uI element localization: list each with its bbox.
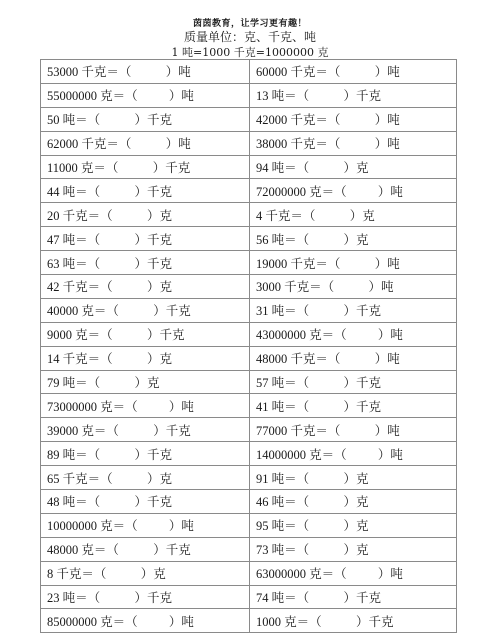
exercise-row: 42 千克＝（ ）克3000 千克＝（ ）吨 <box>41 275 457 299</box>
exercise-row: 89 吨＝（ ）千克14000000 克＝（ ）吨 <box>41 442 457 466</box>
exercise-right[interactable]: 73 吨＝（ ）克 <box>250 537 457 561</box>
exercise-row: 48 吨＝（ ）千克46 吨＝（ ）克 <box>41 490 457 514</box>
exercise-row: 50 吨＝（ ）千克42000 千克＝（ ）吨 <box>41 107 457 131</box>
exercise-row: 14 千克＝（ ）克48000 千克＝（ ）吨 <box>41 346 457 370</box>
exercise-row: 63 吨＝（ ）千克19000 千克＝（ ）吨 <box>41 251 457 275</box>
exercise-left[interactable]: 44 吨＝（ ）千克 <box>41 179 250 203</box>
conversion-rule: 1 吨=1000 千克=1000000 克 <box>0 44 500 60</box>
exercise-row: 8 千克＝（ ）克63000000 克＝（ ）吨 <box>41 561 457 585</box>
exercise-left[interactable]: 79 吨＝（ ）克 <box>41 370 250 394</box>
exercise-rows: 53000 千克＝（ ）吨60000 千克＝（ ）吨55000000 克＝（ ）… <box>41 60 457 633</box>
exercise-row: 73000000 克＝（ ）吨41 吨＝（ ）千克 <box>41 394 457 418</box>
exercise-left[interactable]: 62000 千克＝（ ）吨 <box>41 131 250 155</box>
exercise-left[interactable]: 85000000 克＝（ ）吨 <box>41 609 250 633</box>
exercise-right[interactable]: 14000000 克＝（ ）吨 <box>250 442 457 466</box>
exercise-right[interactable]: 13 吨＝（ ）千克 <box>250 83 457 107</box>
exercise-table: 53000 千克＝（ ）吨60000 千克＝（ ）吨55000000 克＝（ ）… <box>40 59 457 633</box>
exercise-left[interactable]: 55000000 克＝（ ）吨 <box>41 83 250 107</box>
exercise-right[interactable]: 1000 克＝（ ）千克 <box>250 609 457 633</box>
exercise-right[interactable]: 38000 千克＝（ ）吨 <box>250 131 457 155</box>
exercise-row: 48000 克＝（ ）千克73 吨＝（ ）克 <box>41 537 457 561</box>
exercise-right[interactable]: 63000000 克＝（ ）吨 <box>250 561 457 585</box>
exercise-right[interactable]: 74 吨＝（ ）千克 <box>250 585 457 609</box>
exercise-row: 39000 克＝（ ）千克77000 千克＝（ ）吨 <box>41 418 457 442</box>
exercise-row: 40000 克＝（ ）千克31 吨＝（ ）千克 <box>41 298 457 322</box>
exercise-left[interactable]: 42 千克＝（ ）克 <box>41 275 250 299</box>
exercise-row: 47 吨＝（ ）千克56 吨＝（ ）克 <box>41 227 457 251</box>
exercise-right[interactable]: 72000000 克＝（ ）吨 <box>250 179 457 203</box>
exercise-left[interactable]: 65 千克＝（ ）克 <box>41 466 250 490</box>
worksheet-title: 质量单位：克、千克、吨 <box>0 28 500 45</box>
exercise-right[interactable]: 57 吨＝（ ）千克 <box>250 370 457 394</box>
exercise-row: 55000000 克＝（ ）吨13 吨＝（ ）千克 <box>41 83 457 107</box>
exercise-right[interactable]: 3000 千克＝（ ）吨 <box>250 275 457 299</box>
exercise-left[interactable]: 14 千克＝（ ）克 <box>41 346 250 370</box>
exercise-right[interactable]: 48000 千克＝（ ）吨 <box>250 346 457 370</box>
exercise-row: 65 千克＝（ ）克91 吨＝（ ）克 <box>41 466 457 490</box>
exercise-left[interactable]: 73000000 克＝（ ）吨 <box>41 394 250 418</box>
exercise-row: 23 吨＝（ ）千克74 吨＝（ ）千克 <box>41 585 457 609</box>
exercise-left[interactable]: 63 吨＝（ ）千克 <box>41 251 250 275</box>
exercise-right[interactable]: 41 吨＝（ ）千克 <box>250 394 457 418</box>
exercise-left[interactable]: 89 吨＝（ ）千克 <box>41 442 250 466</box>
exercise-left[interactable]: 47 吨＝（ ）千克 <box>41 227 250 251</box>
exercise-left[interactable]: 48000 克＝（ ）千克 <box>41 537 250 561</box>
exercise-left[interactable]: 20 千克＝（ ）克 <box>41 203 250 227</box>
exercise-row: 20 千克＝（ ）克4 千克＝（ ）克 <box>41 203 457 227</box>
exercise-row: 53000 千克＝（ ）吨60000 千克＝（ ）吨 <box>41 60 457 84</box>
exercise-right[interactable]: 42000 千克＝（ ）吨 <box>250 107 457 131</box>
exercise-right[interactable]: 43000000 克＝（ ）吨 <box>250 322 457 346</box>
exercise-left[interactable]: 11000 克＝（ ）千克 <box>41 155 250 179</box>
exercise-left[interactable]: 8 千克＝（ ）克 <box>41 561 250 585</box>
exercise-right[interactable]: 31 吨＝（ ）千克 <box>250 298 457 322</box>
exercise-left[interactable]: 50 吨＝（ ）千克 <box>41 107 250 131</box>
exercise-left[interactable]: 9000 克＝（ ）千克 <box>41 322 250 346</box>
exercise-row: 9000 克＝（ ）千克43000000 克＝（ ）吨 <box>41 322 457 346</box>
exercise-left[interactable]: 23 吨＝（ ）千克 <box>41 585 250 609</box>
exercise-right[interactable]: 60000 千克＝（ ）吨 <box>250 60 457 84</box>
exercise-left[interactable]: 48 吨＝（ ）千克 <box>41 490 250 514</box>
exercise-right[interactable]: 46 吨＝（ ）克 <box>250 490 457 514</box>
exercise-row: 11000 克＝（ ）千克94 吨＝（ ）克 <box>41 155 457 179</box>
exercise-right[interactable]: 94 吨＝（ ）克 <box>250 155 457 179</box>
exercise-right[interactable]: 19000 千克＝（ ）吨 <box>250 251 457 275</box>
exercise-left[interactable]: 53000 千克＝（ ）吨 <box>41 60 250 84</box>
exercise-row: 85000000 克＝（ ）吨1000 克＝（ ）千克 <box>41 609 457 633</box>
exercise-right[interactable]: 4 千克＝（ ）克 <box>250 203 457 227</box>
exercise-row: 10000000 克＝（ ）吨95 吨＝（ ）克 <box>41 513 457 537</box>
exercise-left[interactable]: 39000 克＝（ ）千克 <box>41 418 250 442</box>
exercise-right[interactable]: 95 吨＝（ ）克 <box>250 513 457 537</box>
exercise-left[interactable]: 40000 克＝（ ）千克 <box>41 298 250 322</box>
exercise-right[interactable]: 91 吨＝（ ）克 <box>250 466 457 490</box>
exercise-row: 44 吨＝（ ）千克72000000 克＝（ ）吨 <box>41 179 457 203</box>
exercise-row: 79 吨＝（ ）克57 吨＝（ ）千克 <box>41 370 457 394</box>
exercise-row: 62000 千克＝（ ）吨38000 千克＝（ ）吨 <box>41 131 457 155</box>
exercise-right[interactable]: 77000 千克＝（ ）吨 <box>250 418 457 442</box>
exercise-right[interactable]: 56 吨＝（ ）克 <box>250 227 457 251</box>
exercise-left[interactable]: 10000000 克＝（ ）吨 <box>41 513 250 537</box>
